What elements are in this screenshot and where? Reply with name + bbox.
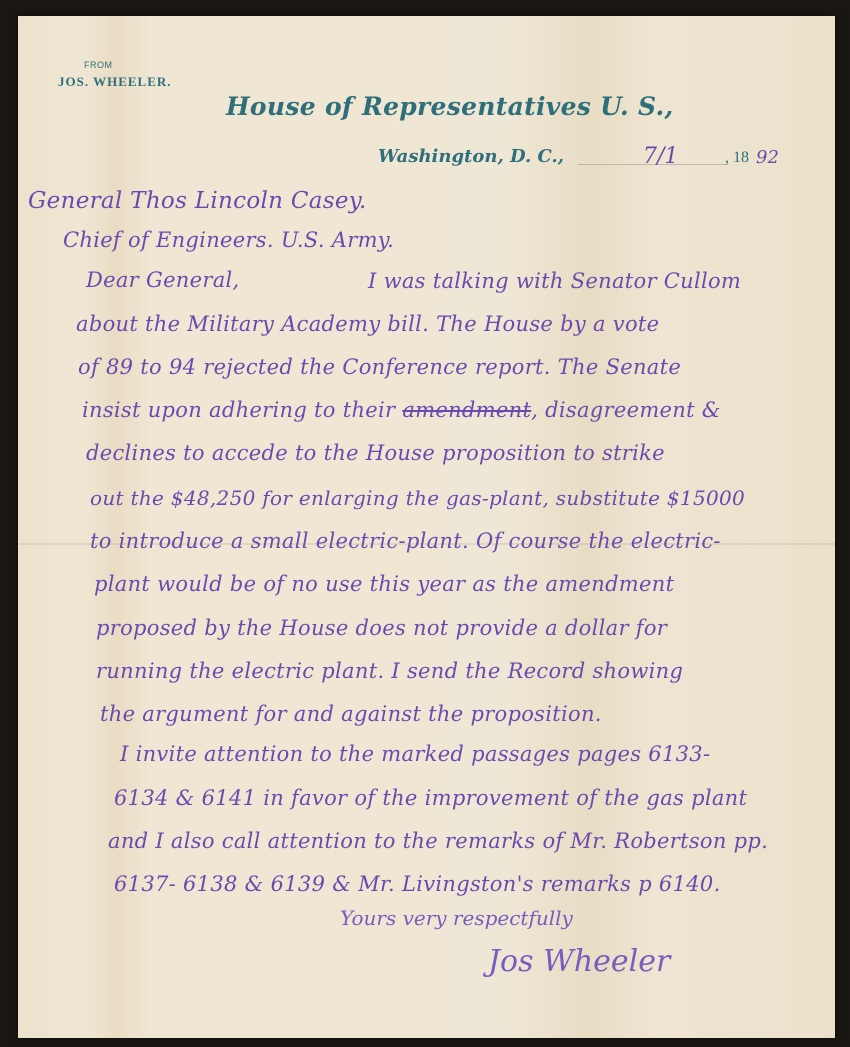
letterhead-city: Washington, D. C.,: [378, 146, 564, 167]
letter-page: FROM JOS. WHEELER. House of Representati…: [18, 16, 835, 1038]
body-line: plant would be of no use this year as th…: [94, 572, 674, 596]
printed-year-prefix: , 18: [725, 149, 749, 167]
salutation: Dear General,: [86, 268, 240, 292]
closing: Yours very respectfully: [340, 906, 573, 930]
body-line: out the $48,250 for enlarging the gas-pl…: [90, 486, 745, 510]
from-name: JOS. WHEELER.: [58, 74, 172, 90]
signature: Jos Wheeler: [488, 944, 670, 979]
body-line: declines to accede to the House proposit…: [86, 441, 665, 465]
struck-word: amendment: [402, 398, 531, 422]
body-line: proposed by the House does not provide a…: [96, 616, 667, 640]
body-line: I was talking with Senator Cullom: [368, 269, 741, 293]
body-line: of 89 to 94 rejected the Conference repo…: [78, 355, 681, 379]
letterhead-institution: House of Representatives U. S.,: [226, 92, 673, 121]
body-line: I invite attention to the marked passage…: [120, 742, 710, 766]
body-line: about the Military Academy bill. The Hou…: [76, 312, 659, 336]
body-line: running the electric plant. I send the R…: [96, 659, 683, 683]
body-line: and I also call attention to the remarks…: [108, 829, 768, 853]
body-line: 6134 & 6141 in favor of the improvement …: [114, 786, 747, 810]
body-line: insist upon adhering to their amendment,…: [82, 398, 721, 422]
from-label: FROM: [84, 60, 113, 70]
body-line: 6137- 6138 & 6139 & Mr. Livingston's rem…: [114, 872, 721, 896]
handwritten-year: 92: [756, 147, 779, 168]
recipient-title: Chief of Engineers. U.S. Army.: [63, 228, 394, 252]
body-line: to introduce a small electric-plant. Of …: [90, 529, 721, 553]
body-line-text: insist upon adhering to their: [82, 398, 395, 422]
body-line-continuation: , disagreement &: [531, 398, 721, 422]
recipient-name: General Thos Lincoln Casey.: [28, 188, 367, 214]
handwritten-date: 7/1: [643, 144, 678, 169]
body-line: the argument for and against the proposi…: [100, 702, 602, 726]
